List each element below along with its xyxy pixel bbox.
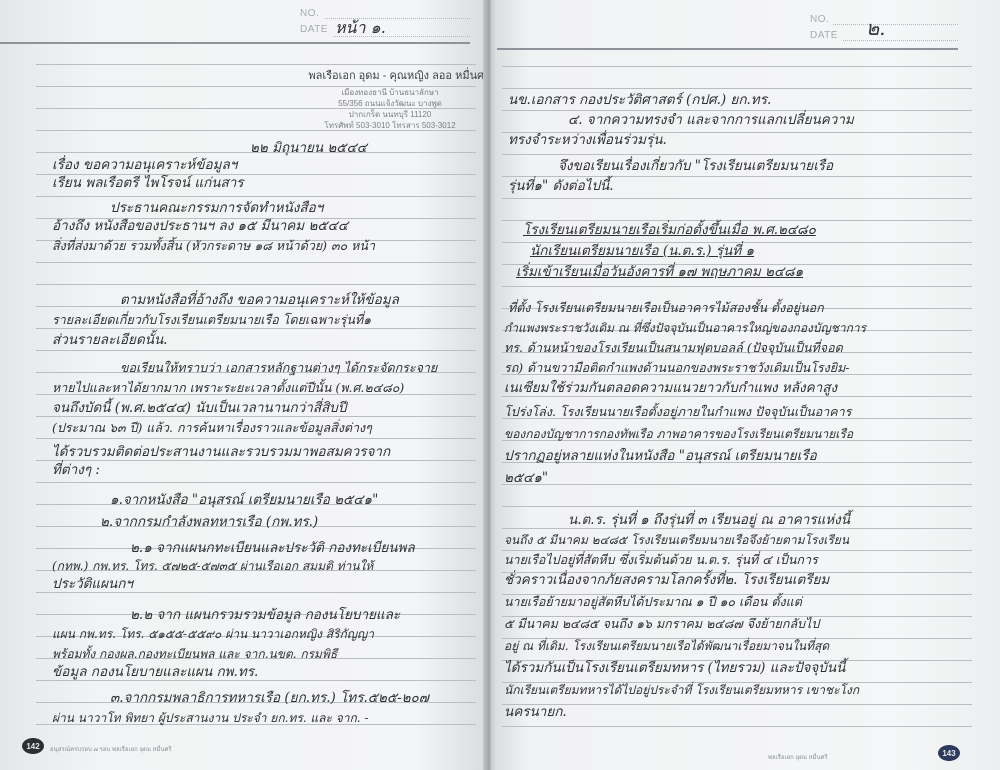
ruled-line <box>502 88 972 89</box>
ruled-line <box>36 416 476 417</box>
source-subitem: ๒.๒ จาก แผนกรวมรวมข้อมูล กองนโยบายและ <box>130 607 400 623</box>
body-line: ที่ต่างๆ : <box>52 462 100 478</box>
ruled-line <box>36 460 476 461</box>
page-footer: พลเรือเอก อุดม หมื่นศรี <box>768 752 828 762</box>
location-line: ที่ตั้ง โรงเรียนเตรียมนายเรือเป็นอาคารไม… <box>508 300 824 316</box>
body-line: ๕ มีนาคม ๒๔๘๕ จนถึง ๑๖ มกราคม ๒๔๘๗ จึงย้… <box>504 616 819 632</box>
ruled-line <box>502 550 972 551</box>
body-line: นครนายก. <box>504 704 567 720</box>
body-line: ทร. ด้านหน้าของโรงเรียนเป็นสนามฟุตบอลล์ … <box>504 340 843 356</box>
body-line: รถ) ด้านขวามือติดกำแพงด้านนอกของพระราชวั… <box>504 360 850 376</box>
no-label: NO. <box>810 14 829 25</box>
body-line: อยู่ ณ ที่เดิม. โรงเรียนเตรียมนายเรือได้… <box>504 638 829 654</box>
body-line: ได้รวมกันเป็นโรงเรียนเตรียมทหาร (ไทยรวม)… <box>504 660 845 676</box>
ruled-line <box>36 196 476 197</box>
section-heading: เริ่มเข้าเรียนเมื่อวันอังคารที่ ๑๗ พฤษภา… <box>516 264 803 280</box>
ruled-line <box>36 262 476 263</box>
ruled-line <box>36 328 476 329</box>
body-line: หายไปและหาได้ยากมาก เพราะระยะเวลาตั้งแต่… <box>52 380 404 396</box>
source-subitem: ประวัติแผนกฯ <box>52 576 133 592</box>
body-line: ปรากฏอยู่หลายแห่งในหนังสือ "อนุสรณ์ เตรี… <box>504 448 817 464</box>
source-item: ผ่าน นาวาโท พิทยา ผู้ประสานงาน ประจำ ยก.… <box>52 710 368 726</box>
body-line: เนเซียมใช้ร่วมกันตลอดความแนวยาวกับกำแพง … <box>504 380 837 396</box>
book-gutter <box>483 0 497 770</box>
source-subitem: ข้อมูล กองนโยบายและแผน กพ.ทร. <box>52 664 258 680</box>
body-line: จนถึงบัดนี้ (พ.ศ.๒๕๔๔) นับเป็นเวลานานกว่… <box>52 400 346 416</box>
letterhead-address-line: เมืองทองธานี บ้านธนาลักษา <box>290 87 488 98</box>
source-subitem: แผน กพ.ทร. โทร. ๕๑๕๕-๕๕๙๐ ผ่าน นาวาเอกหญ… <box>52 626 374 642</box>
body-line: นข.เอกสาร กองประวัติศาสตร์ (กปศ.) ยก.ทร. <box>508 92 771 108</box>
ruled-line <box>502 704 972 705</box>
body-line: ตามหนังสือที่อ้างถึง ขอความอนุเคราะห์ให้… <box>120 292 399 308</box>
date-value: หน้า ๑. <box>335 20 386 36</box>
letterhead: พลเรือเอก อุดม - คุณหญิง ลออ หมื่นศรี เม… <box>290 66 488 131</box>
section-heading: โรงเรียนเตรียมนายเรือเริ่มก่อตั้งขึ้นเมื… <box>523 222 816 238</box>
source-subitem: พร้อมทั้ง กองผล.กองทะเบียนพล และ จาก.นขต… <box>52 646 337 662</box>
ruled-line <box>36 284 476 285</box>
body-line: จนถึง ๕ มีนาคม ๒๔๘๕ โรงเรียนเตรียมนายเรื… <box>504 532 849 548</box>
ruled-line <box>502 726 972 727</box>
letterhead-address-line: ปากเกร็ด นนทบุรี 11120 <box>290 109 488 120</box>
source-subitem: ๒.๑ จากแผนกทะเบียนและประวัติ กองทะเบียนพ… <box>130 540 415 556</box>
body-line: ได้รวบรวมติดต่อประสานงานและรวบรวมมาพอสมค… <box>52 444 390 460</box>
source-item: ๑.จากหนังสือ "อนุสรณ์ เตรียมนายเรือ ๒๕๔๑… <box>110 492 378 508</box>
date-label: DATE <box>810 30 838 41</box>
right-page: NO. DATE ๒. นข.เอกสาร กองประวัติศาสตร์ (… <box>488 0 1000 770</box>
page-number-badge: 143 <box>938 745 960 761</box>
source-item: ๒.จากกรมกำลังพลทหารเรือ (กพ.ทร.) <box>100 514 318 530</box>
body-line: ชั่วคราวเนื่องจากภัยสงครามโลกครั้งที่๒. … <box>504 572 829 588</box>
body-line: ขอเรียนให้ทราบว่า เอกสารหลักฐานต่างๆ ได้… <box>120 360 437 376</box>
letter-date: ๒๒ มิถุนายน ๒๕๔๔ <box>250 140 367 156</box>
section-heading: นักเรียนเตรียมนายเรือ (น.ต.ร.) รุ่นที่ ๑ <box>530 243 754 259</box>
ruled-line <box>502 220 972 221</box>
body-line: กำแพงพระราชวังเดิม ณ ที่ซึ่งปัจจุบันเป็น… <box>504 320 866 336</box>
ruled-line <box>36 482 476 483</box>
left-page: NO. DATE หน้า ๑. พลเรือเอก อุดม - คุณหญิ… <box>0 0 488 770</box>
body-line: ของกองบัญชาการกองทัพเรือ ภาพอาคารของโรงเ… <box>504 426 853 442</box>
ruled-line <box>502 176 972 177</box>
ruled-line <box>502 66 972 67</box>
date-label: DATE <box>300 24 328 35</box>
page-number-badge: 142 <box>22 738 44 754</box>
notebook-spread: NO. DATE หน้า ๑. พลเรือเอก อุดม - คุณหญิ… <box>0 0 1000 770</box>
ruled-line <box>502 484 972 485</box>
ruled-line <box>502 286 972 287</box>
body-line: รุ่นที่๑" ดังต่อไปนี้. <box>508 178 614 194</box>
ruled-line <box>36 438 476 439</box>
body-line: น.ต.ร. รุ่นที่ ๑ ถึงรุ่นที่ ๓ เรียนอยู่ … <box>568 512 850 528</box>
ruled-line <box>36 108 476 109</box>
recipient-title: ประธานคณะกรรมการจัดทำหนังสือฯ <box>110 200 323 216</box>
ruled-line <box>36 680 476 681</box>
letterhead-name: พลเรือเอก อุดม - คุณหญิง ลออ หมื่นศรี <box>290 66 488 84</box>
body-line: นายเรือไปอยู่ที่สัตหีบ ซึ่งเริ่มต้นด้วย … <box>504 552 818 568</box>
ruled-line <box>36 130 476 131</box>
body-line: ๒๕๔๑" <box>504 470 548 486</box>
body-line: นักเรียนเตรียมทหารได้ไปอยู่ประจำที่ โรงเ… <box>504 682 859 698</box>
source-subitem: (กทพ.) กพ.ทร. โทร. ๕๗๒๕-๕๗๓๕ ผ่านเรือเอก… <box>52 558 373 574</box>
no-label: NO. <box>300 8 319 19</box>
body-line: โปร่งโล่ง. โรงเรียนนายเรือตั้งอยู่ภายในก… <box>504 404 851 420</box>
body-line: นายเรือย้ายมาอยู่สัตหีบได้ประมาณ ๑ ปี ๑๐… <box>504 594 802 610</box>
body-line: (ประมาณ ๖๓ ปี) แล้ว. การค้นหาเรื่องราวแล… <box>52 420 372 436</box>
ruled-line <box>502 110 972 111</box>
date-value: ๒. <box>866 20 886 36</box>
body-line: ทรงจำระหว่างเพื่อนร่วมรุ่น. <box>508 132 667 148</box>
ruled-line <box>36 592 476 593</box>
ruled-line <box>36 86 476 87</box>
ruled-line <box>502 198 972 199</box>
reference-line: อ้างถึง หนังสือของประธานฯ ลง ๑๕ มีนาคม ๒… <box>52 218 348 234</box>
ruled-line <box>502 396 972 397</box>
ruled-line <box>502 528 972 529</box>
body-line: จึงขอเรียนเรื่องเกี่ยวกับ "โรงเรียนเตรีย… <box>558 158 833 174</box>
ruled-line <box>36 350 476 351</box>
page-footer: อนุสรณ์ครบรอบ ๗ รอบ พลเรือเอก อุดม หมื่น… <box>50 744 172 754</box>
body-line: รายละเอียดเกี่ยวกับโรงเรียนเตรียมนายเรือ… <box>52 312 371 328</box>
enclosure-line: สิ่งที่ส่งมาด้วย รวมทั้งสิ้น (หัวกระดาษ … <box>52 238 375 254</box>
source-item: ๓.จากกรมพลาธิการทหารเรือ (ยก.ทร.) โทร.๕๒… <box>110 690 429 706</box>
body-line: ส่วนรายละเอียดนั้น. <box>52 332 167 348</box>
ruled-line <box>502 506 972 507</box>
subject-line: เรื่อง ขอความอนุเคราะห์ข้อมูลฯ <box>52 157 237 173</box>
ruled-line <box>36 64 476 65</box>
recipient-line: เรียน พลเรือตรี ไพโรจน์ แก่นสาร <box>52 175 244 191</box>
body-line: ๔. จากความทรงจำ และจากการแลกเปลี่ยนความ <box>568 112 854 128</box>
ruled-line <box>502 154 972 155</box>
